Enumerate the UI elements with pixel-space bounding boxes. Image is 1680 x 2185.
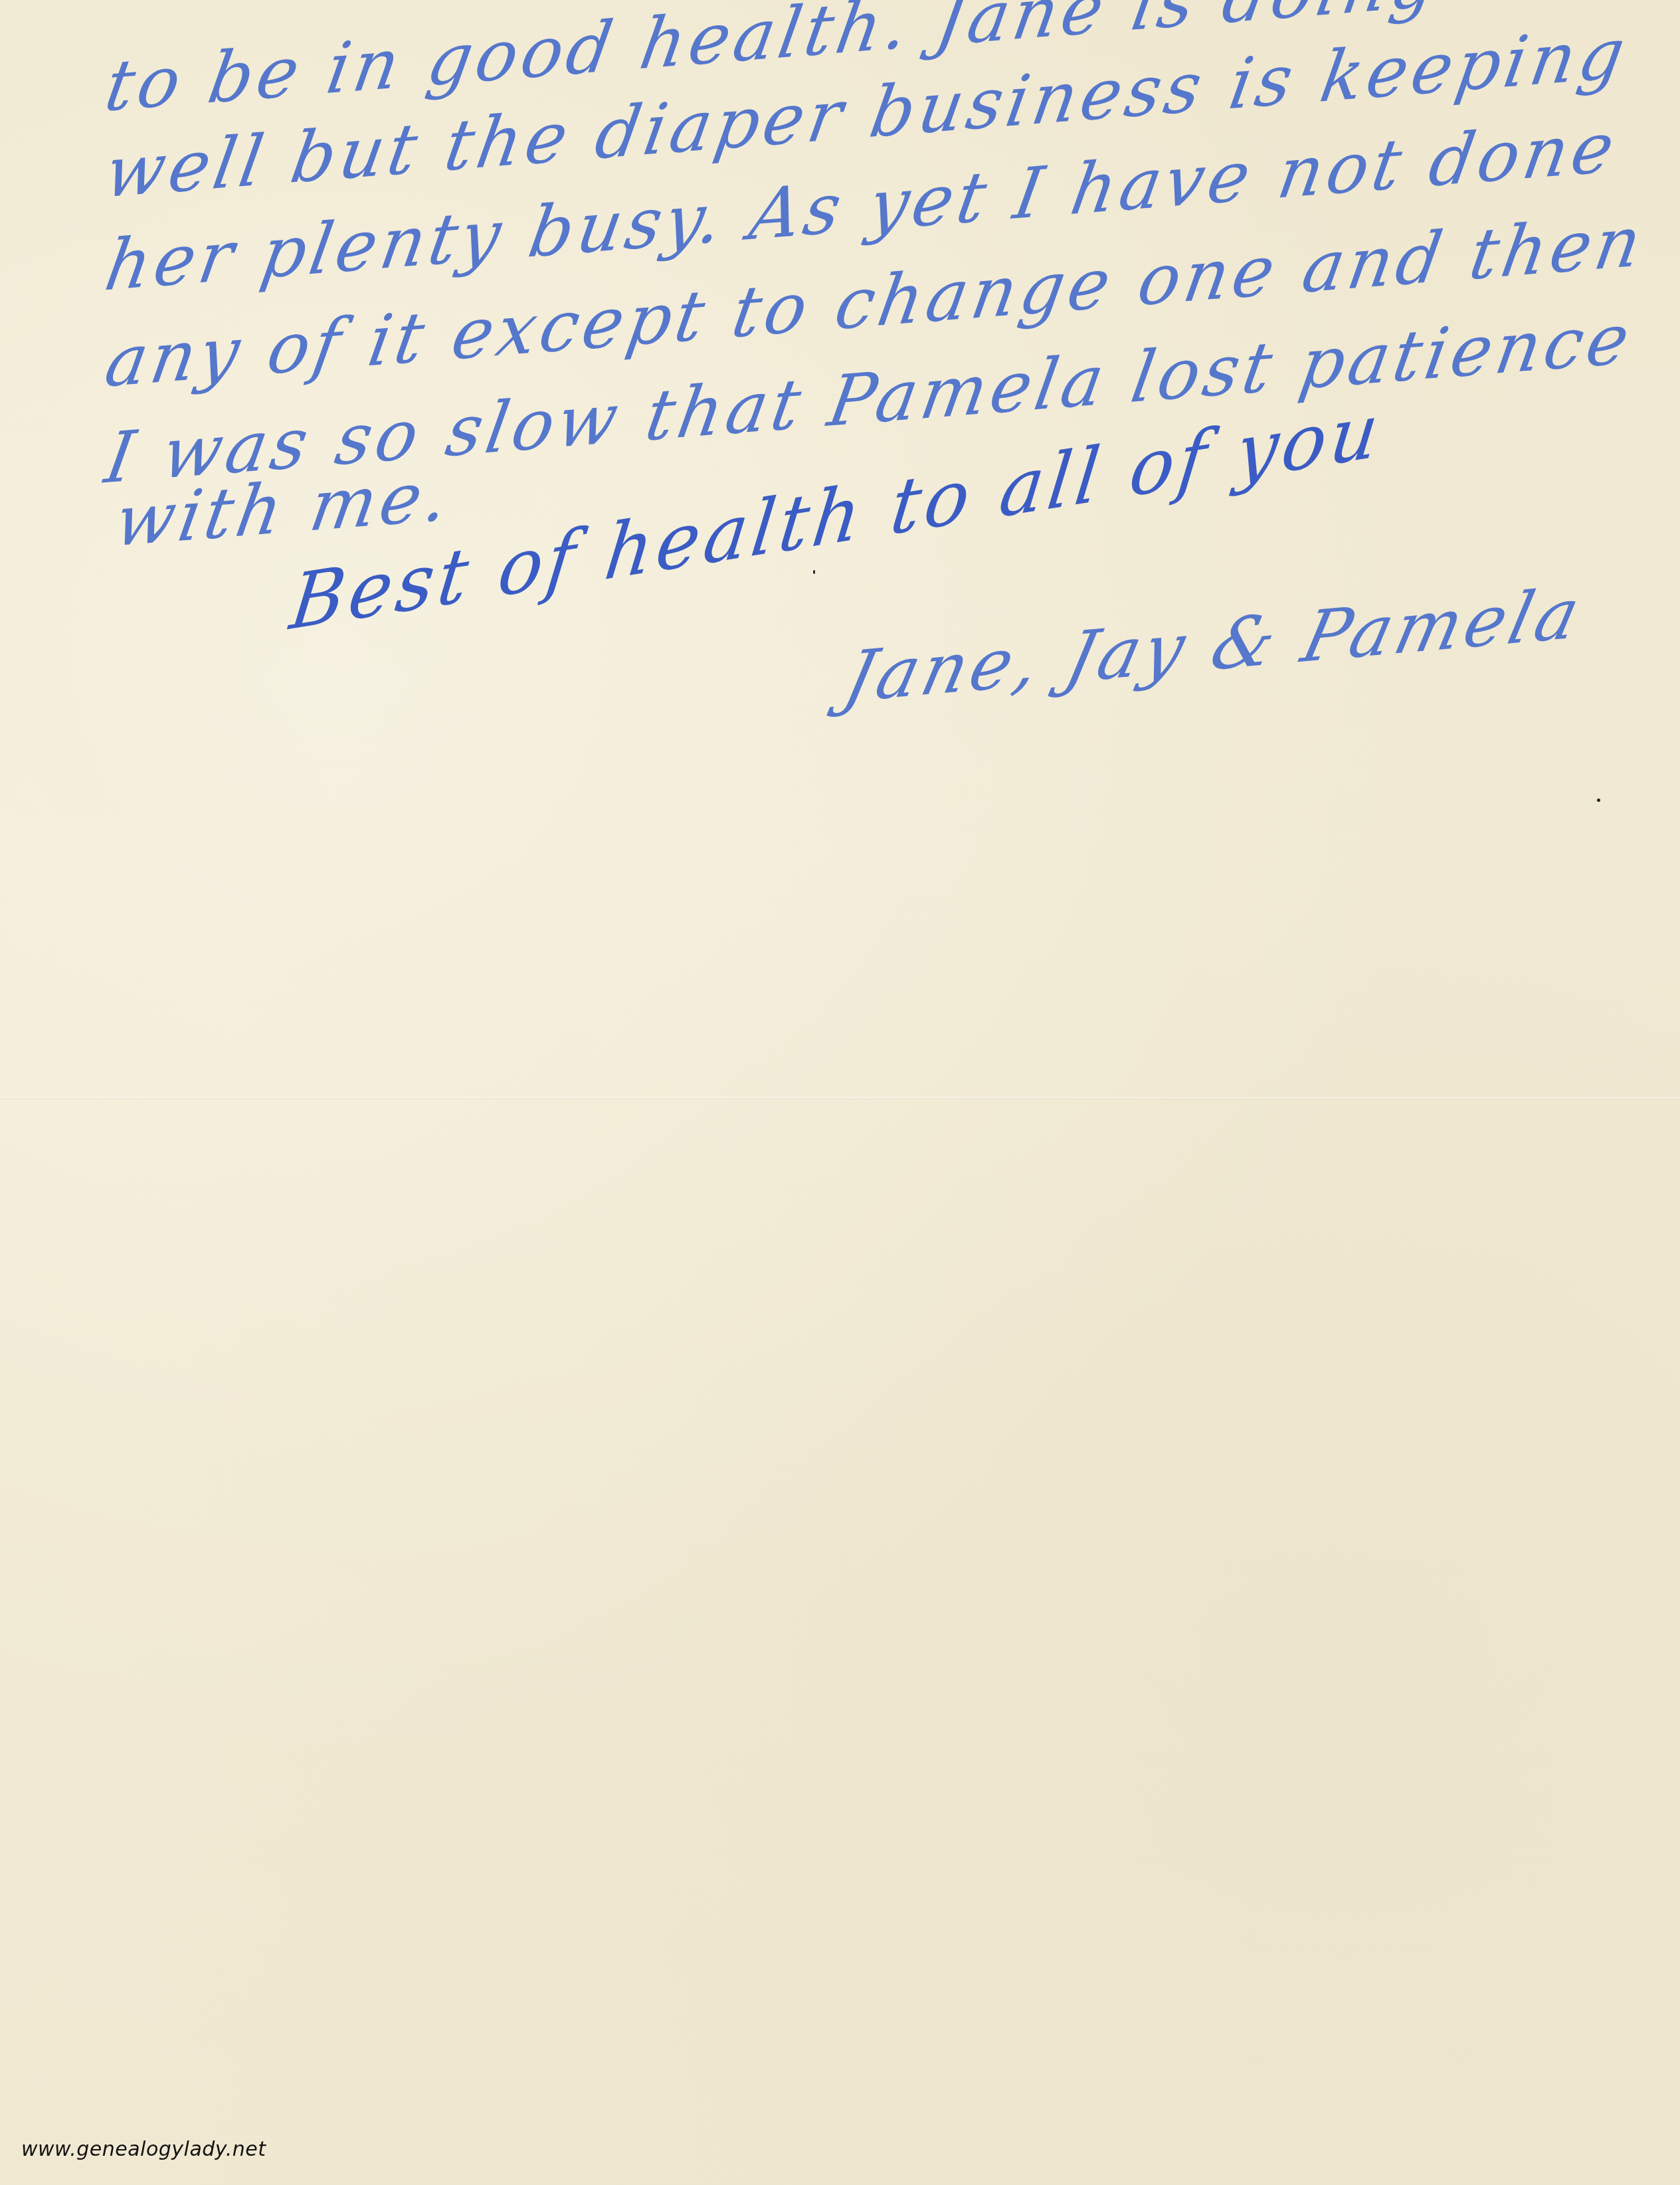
paper-speck [813,570,815,574]
paper-speck [1597,799,1600,802]
paper-fold-line [0,1097,1680,1099]
site-watermark: www.genealogylady.net [21,2138,266,2161]
